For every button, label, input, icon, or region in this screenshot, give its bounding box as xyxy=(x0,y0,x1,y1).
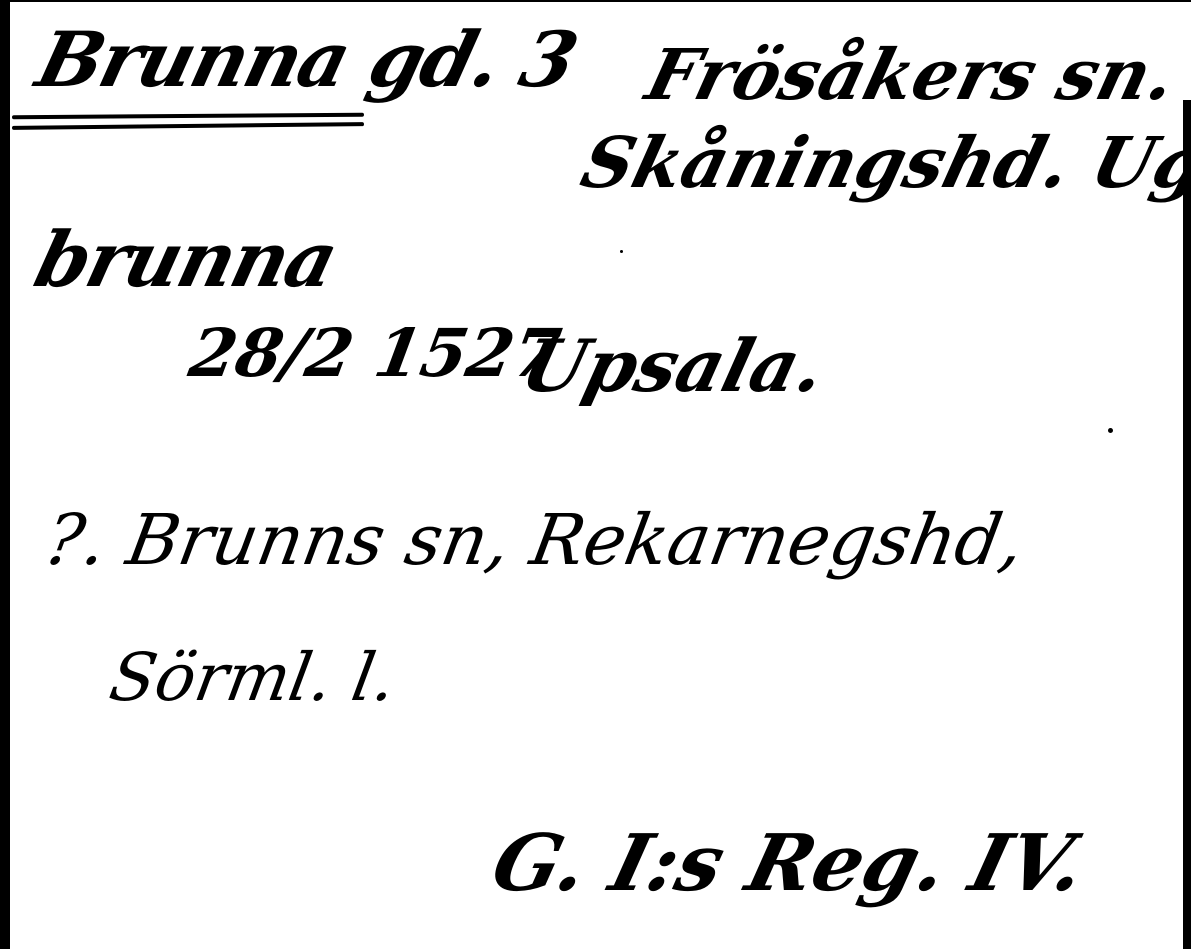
card-right-border xyxy=(1183,100,1191,949)
ink-speck xyxy=(620,250,623,253)
card-heading: Brunna gd. 3 xyxy=(30,22,583,98)
heading-suffix: gd. 3 xyxy=(360,15,584,104)
heading-underline-2 xyxy=(12,122,364,130)
index-card: Brunna gd. 3 Frösåkers sn. Skåningshd. U… xyxy=(0,0,1191,949)
heading-name: Brunna xyxy=(29,15,358,104)
identification-note-line-1: ?. Brunns sn, Rekarnegshd, xyxy=(40,505,1029,575)
card-left-border xyxy=(0,0,10,949)
variant-form: brunna xyxy=(28,222,343,298)
parish-line: Frösåkers sn. xyxy=(640,40,1183,110)
identification-note-line-2: Sörml. l. xyxy=(105,645,401,711)
record-date: 28/2 1527 xyxy=(185,320,565,386)
ink-speck xyxy=(1108,428,1113,433)
hundred-line: Skåningshd. Ug. xyxy=(575,128,1191,198)
source-reference: G. I:s Reg. IV. xyxy=(485,825,1093,903)
heading-underline-1 xyxy=(12,113,364,119)
card-top-edge xyxy=(0,0,1191,2)
place-issued: Upsala. xyxy=(515,330,832,402)
